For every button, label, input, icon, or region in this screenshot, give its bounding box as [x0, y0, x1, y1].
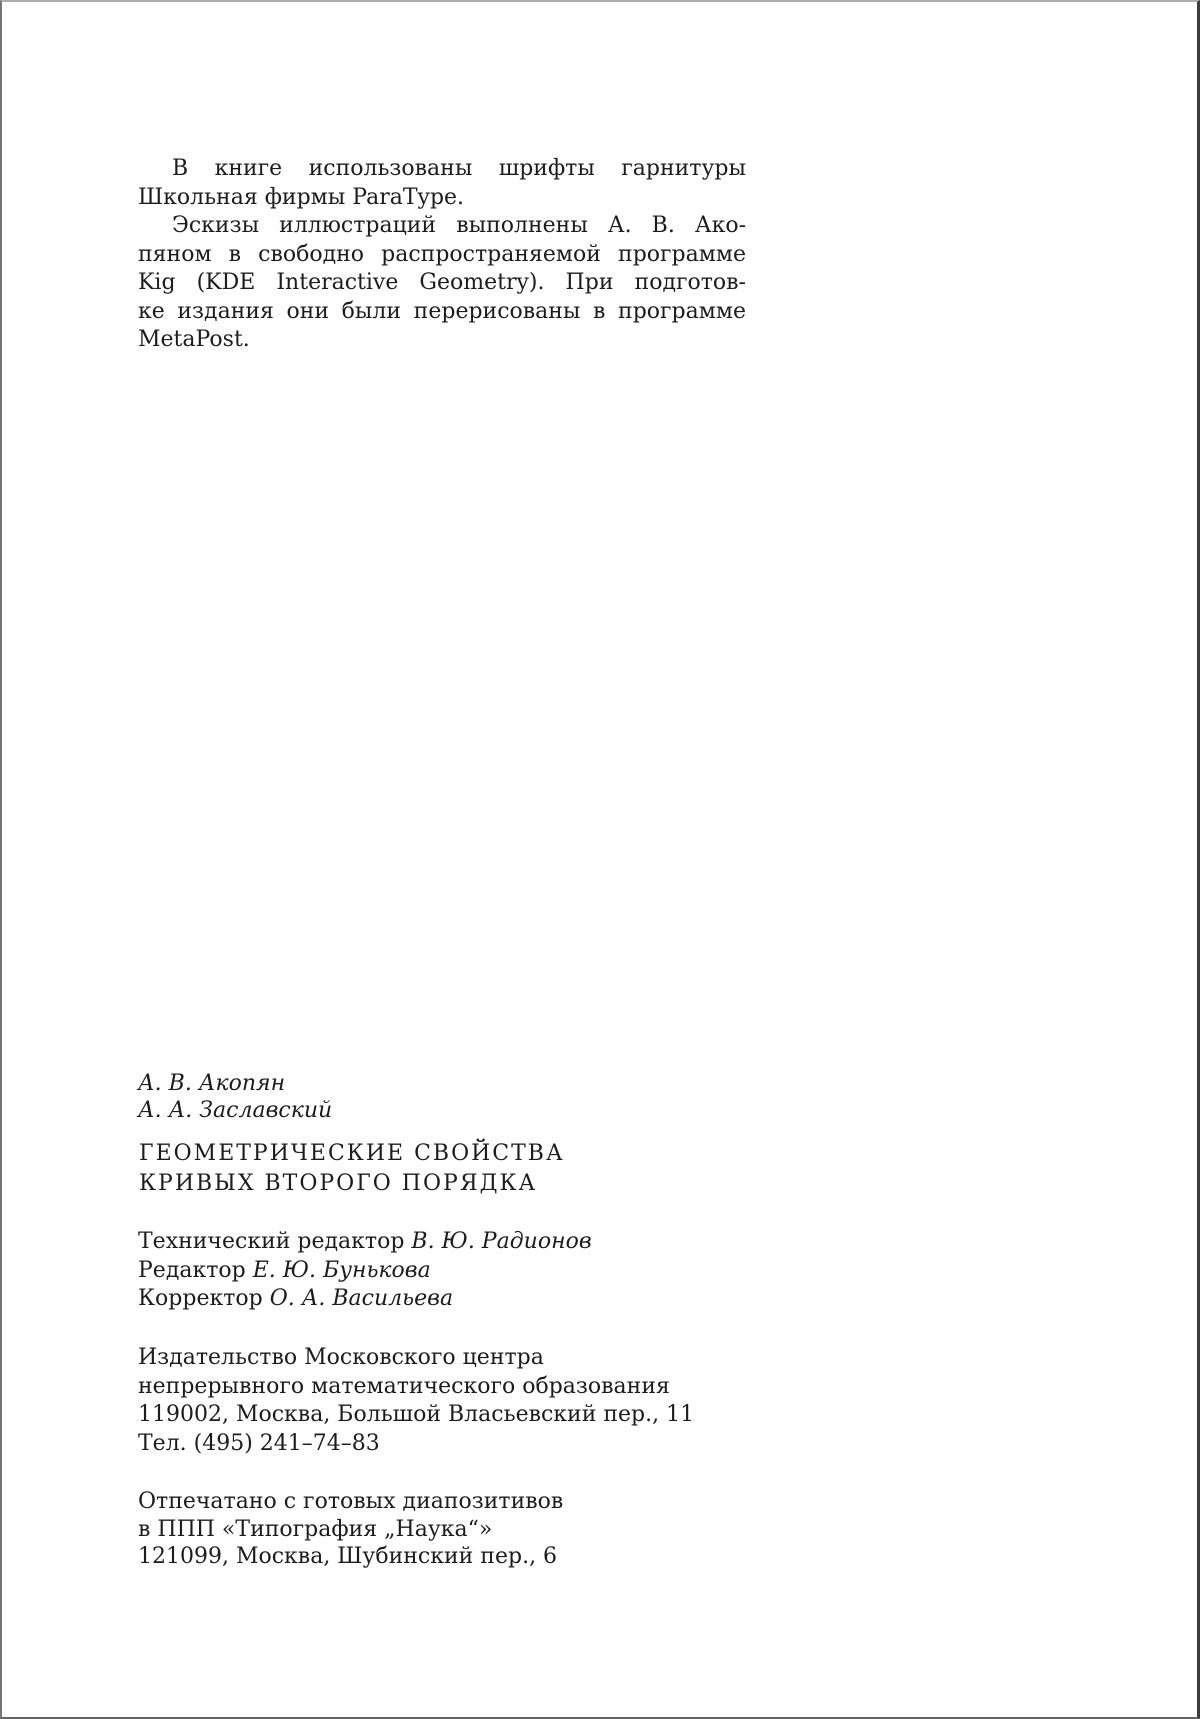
note-line: MetaPost. — [138, 326, 746, 355]
author-name: А. А. Заславский — [138, 1097, 332, 1124]
publisher-line: непрерывного математического образования — [138, 1373, 694, 1402]
authors-block: А. В. Акопян А. А. Заславский — [138, 1070, 332, 1124]
staff-role: Корректор — [138, 1286, 263, 1311]
printing-line: в ППП «Типография „Наука“» — [138, 1516, 563, 1544]
staff-line: Корректор О. А. Васильева — [138, 1285, 592, 1314]
publisher-line: Издательство Московского центра — [138, 1344, 694, 1373]
publisher-block: Издательство Московского центра непрерыв… — [138, 1344, 694, 1459]
staff-block: Технический редактор В. Ю. Радионов Реда… — [138, 1228, 592, 1314]
note-line: Kig (KDE Interactive Geometry). При подг… — [138, 269, 746, 298]
staff-role: Технический редактор — [138, 1229, 404, 1254]
note-line: В книге использованы шрифты гарнитуры — [138, 155, 746, 184]
printing-address: 121099, Москва, Шубинский пер., 6 — [138, 1543, 563, 1571]
note-line: Эскизы иллюстраций выполнены А. В. Ако- — [138, 212, 746, 241]
staff-name: В. Ю. Радионов — [411, 1229, 591, 1254]
book-title-line: ГЕОМЕТРИЧЕСКИЕ СВОЙСТВА — [139, 1139, 565, 1169]
colophon-page: В книге использованы шрифты гарнитуры Шк… — [0, 0, 1200, 1719]
author-name: А. В. Акопян — [138, 1070, 332, 1097]
note-line: пяном в свободно распространяемой програ… — [138, 241, 746, 270]
staff-line: Редактор Е. Ю. Бунькова — [138, 1257, 592, 1286]
book-title-line: КРИВЫХ ВТОРОГО ПОРЯДКА — [139, 1169, 565, 1199]
note-line: Школьная фирмы ParaType. — [138, 184, 746, 213]
staff-name: Е. Ю. Бунькова — [253, 1258, 431, 1283]
printing-line: Отпечатано с готовых диапозитивов — [138, 1488, 563, 1516]
staff-line: Технический редактор В. Ю. Радионов — [138, 1228, 592, 1257]
production-note: В книге использованы шрифты гарнитуры Шк… — [138, 155, 746, 355]
publisher-phone: Тел. (495) 241–74–83 — [138, 1430, 694, 1459]
printing-block: Отпечатано с готовых диапозитивов в ППП … — [138, 1488, 563, 1571]
staff-name: О. А. Васильева — [270, 1286, 453, 1311]
staff-role: Редактор — [138, 1258, 246, 1283]
book-title: ГЕОМЕТРИЧЕСКИЕ СВОЙСТВА КРИВЫХ ВТОРОГО П… — [139, 1139, 565, 1199]
note-line: ке издания они были перерисованы в прогр… — [138, 298, 746, 327]
publisher-address: 119002, Москва, Большой Власьевский пер.… — [138, 1401, 694, 1430]
